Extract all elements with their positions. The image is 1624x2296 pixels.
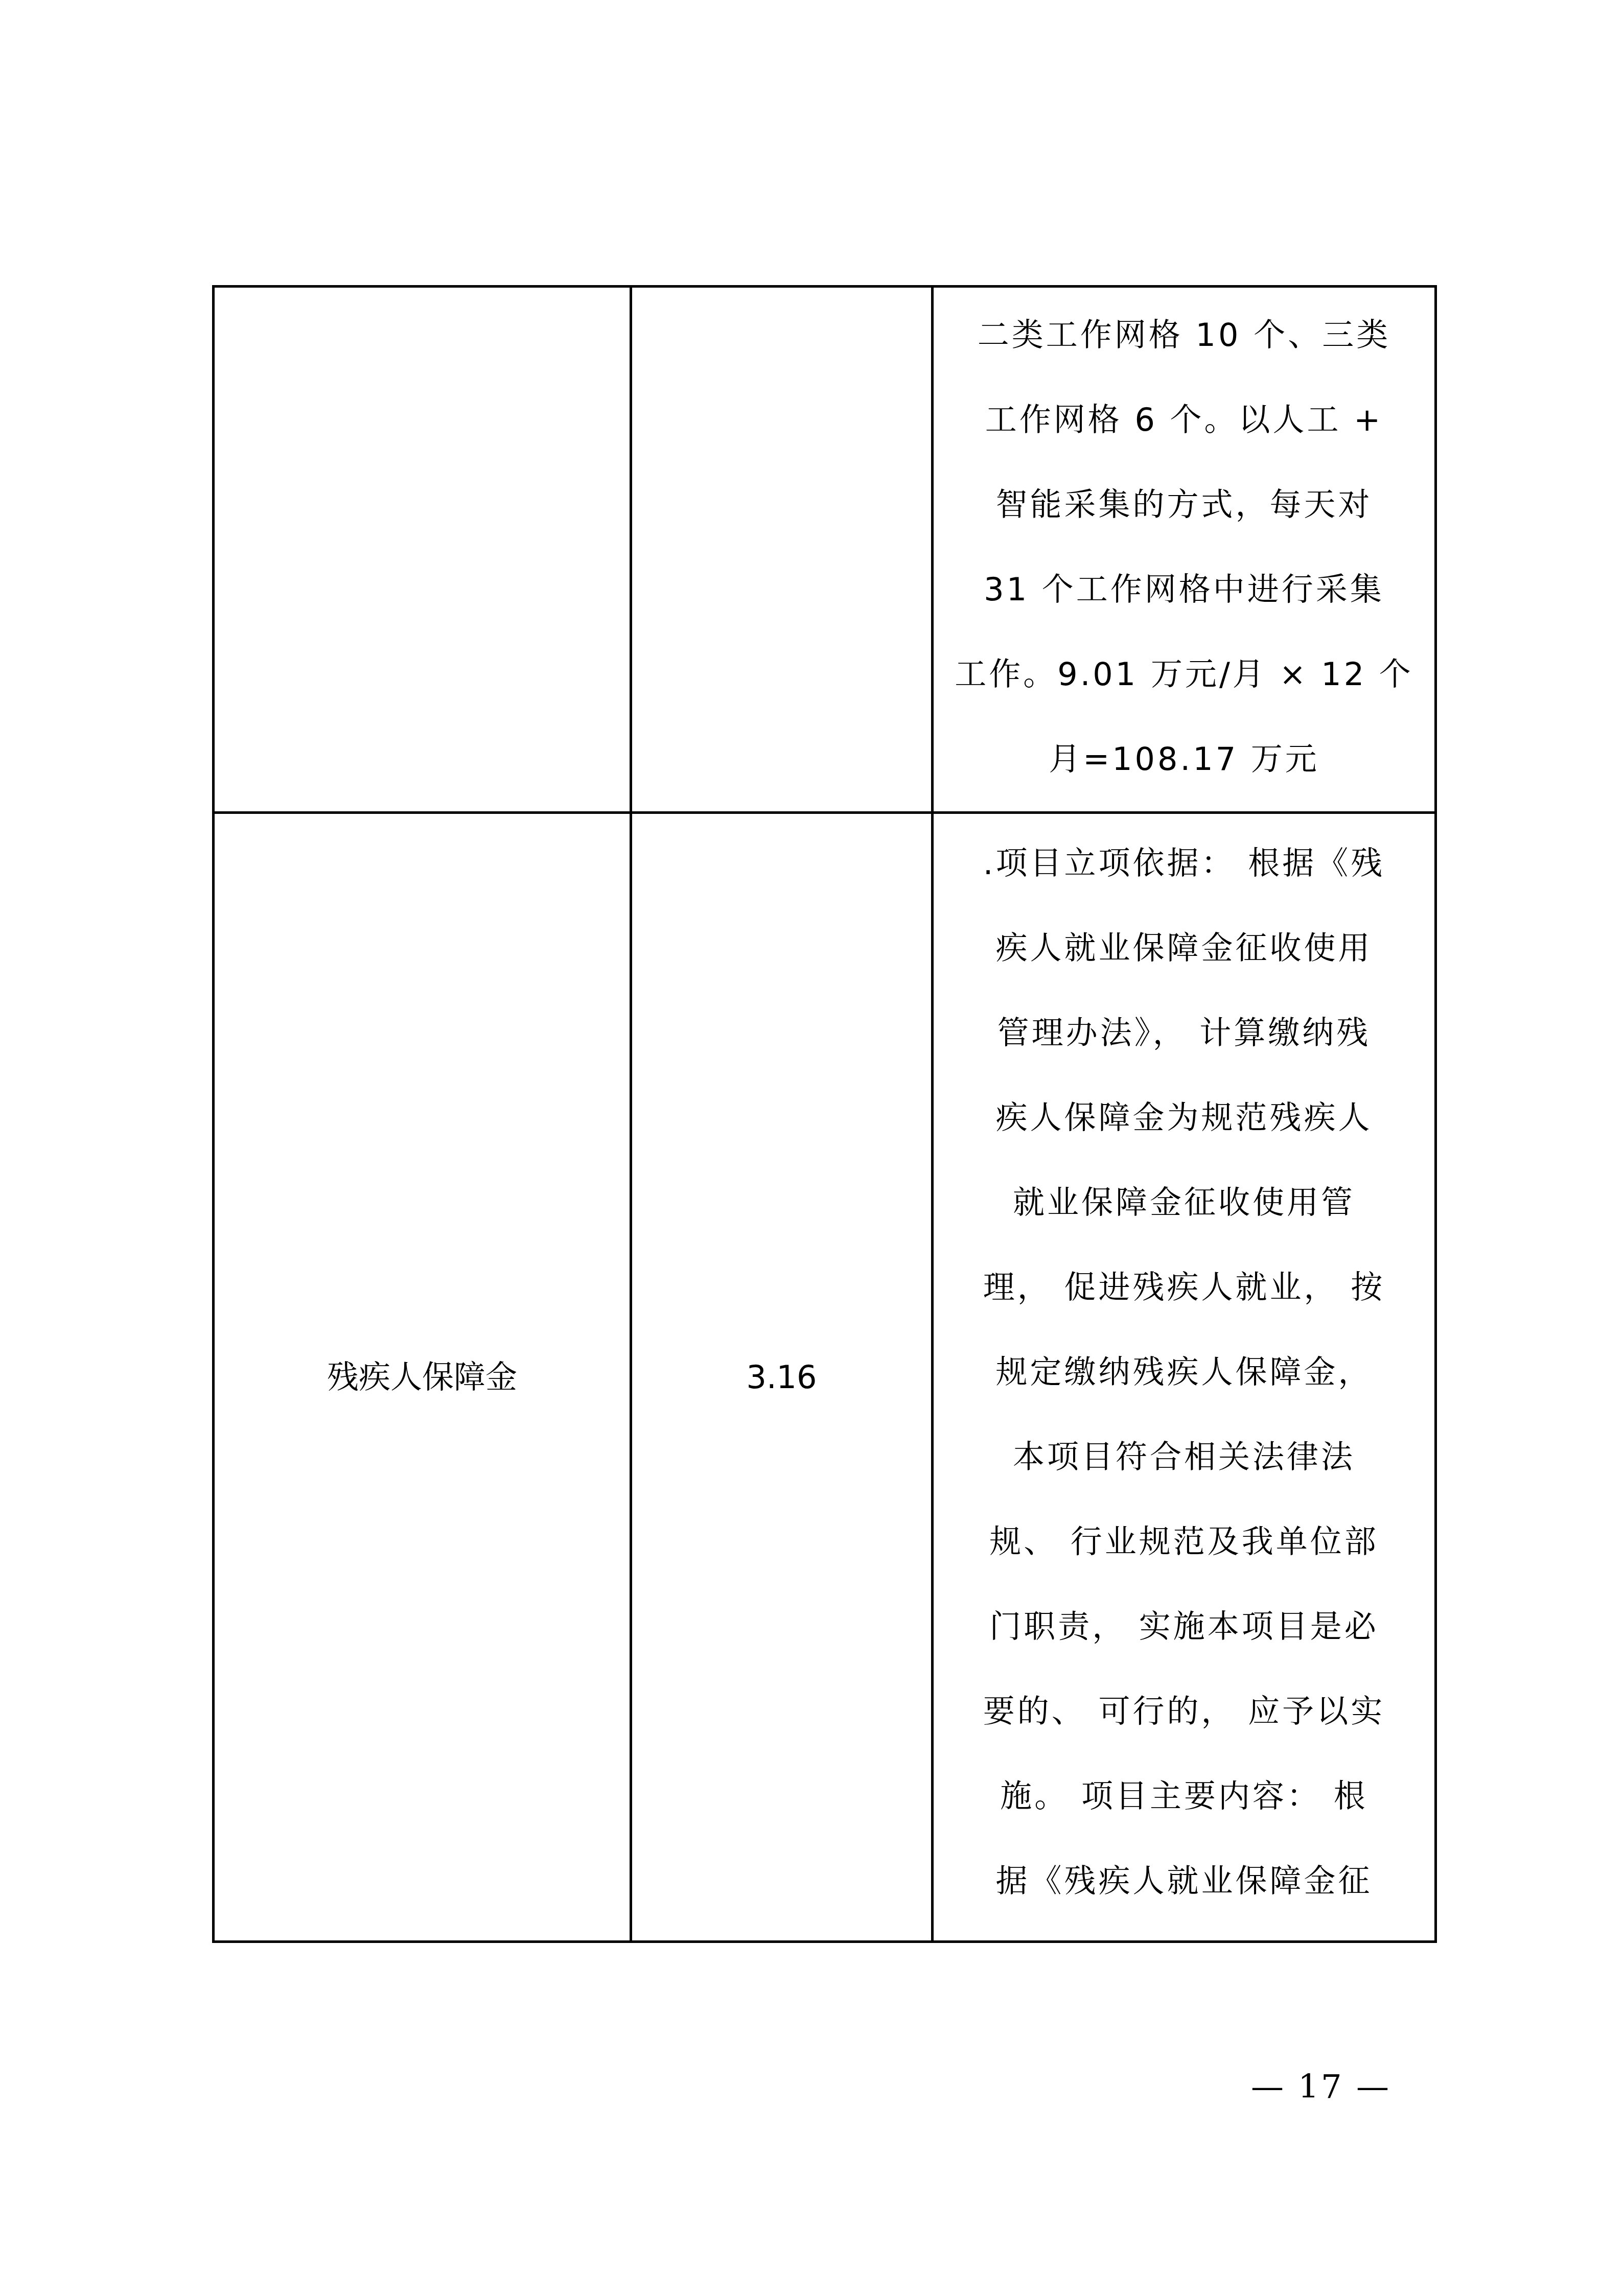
description-line: .项目立项依据： 根据《残 <box>983 845 1385 882</box>
project-amount: 3.16 <box>746 1358 817 1396</box>
description-line: 理， 促进残疾人就业， 按 <box>983 1269 1385 1306</box>
description-cell: .项目立项依据： 根据《残 疾人就业保障金征收使用 管理办法》， 计算缴纳残 疾… <box>933 813 1436 1942</box>
description-line: 要的、 可行的， 应予以实 <box>983 1693 1385 1730</box>
description-line: 智能采集的方式，每天对 <box>995 486 1372 523</box>
description-line: 管理办法》， 计算缴纳残 <box>997 1014 1371 1051</box>
description-line: 本项目符合相关法律法 <box>1013 1438 1355 1475</box>
description-line: 规、 行业规范及我单位部 <box>989 1523 1379 1560</box>
description-line: 疾人保障金为规范残疾人 <box>995 1099 1372 1136</box>
description-cell: 二类工作网格 10 个、三类 工作网格 6 个。以人工 + 智能采集的方式，每天… <box>933 287 1436 813</box>
description-line: 工作。9.01 万元/月 × 12 个 <box>955 655 1413 693</box>
description-line: 月=108.17 万元 <box>1049 740 1319 778</box>
project-name-cell <box>214 287 631 813</box>
description-line: 据《残疾人就业保障金征 <box>995 1862 1372 1900</box>
description-line: 施。 项目主要内容： 根 <box>1000 1777 1367 1815</box>
description-line: 二类工作网格 10 个、三类 <box>978 316 1390 354</box>
page-number: — 17 — <box>1237 2064 1405 2110</box>
description-line: 工作网格 6 个。以人工 + <box>985 401 1383 438</box>
project-name: 残疾人保障金 <box>327 1358 517 1396</box>
budget-project-table: 二类工作网格 10 个、三类 工作网格 6 个。以人工 + 智能采集的方式，每天… <box>212 285 1437 1943</box>
document-page: 二类工作网格 10 个、三类 工作网格 6 个。以人工 + 智能采集的方式，每天… <box>0 0 1624 2296</box>
amount-cell <box>631 287 933 813</box>
table-row: 二类工作网格 10 个、三类 工作网格 6 个。以人工 + 智能采集的方式，每天… <box>214 287 1436 813</box>
amount-cell: 3.16 <box>631 813 933 1942</box>
description-line: 就业保障金征收使用管 <box>1013 1184 1355 1221</box>
project-name-cell: 残疾人保障金 <box>214 813 631 1942</box>
project-description: .项目立项依据： 根据《残 疾人就业保障金征收使用 管理办法》， 计算缴纳残 疾… <box>934 821 1434 1924</box>
description-line: 规定缴纳残疾人保障金， <box>995 1353 1372 1391</box>
description-line: 门职责， 实施本项目是必 <box>989 1608 1379 1645</box>
table-row: 残疾人保障金 3.16 .项目立项依据： 根据《残 疾人就业保障金征收使用 管理… <box>214 813 1436 1942</box>
description-line: 31 个工作网格中进行采集 <box>984 571 1384 608</box>
project-description: 二类工作网格 10 个、三类 工作网格 6 个。以人工 + 智能采集的方式，每天… <box>934 293 1434 802</box>
description-line: 疾人就业保障金征收使用 <box>995 929 1372 967</box>
